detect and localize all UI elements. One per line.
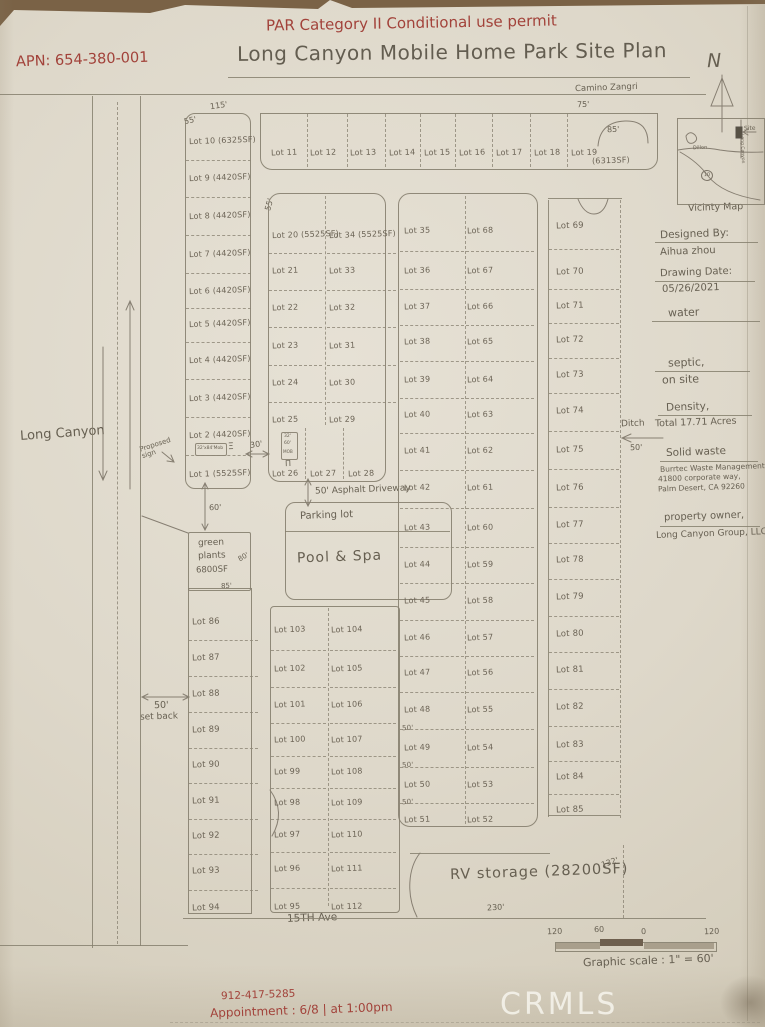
lot-label: Lot 100 (274, 734, 306, 744)
path (99, 347, 107, 480)
lot-label: Lot 65 (467, 337, 494, 347)
lot-separator (549, 289, 619, 290)
lot-label: Lot 41 (404, 446, 431, 456)
lot-label: Lot 81 (556, 665, 584, 676)
lot-label: Lot 76 (556, 483, 584, 494)
lot-separator (466, 508, 534, 509)
lot-label: Lot 54 (467, 743, 494, 753)
lot-separator (400, 656, 464, 657)
lot-label: Lot 59 (467, 560, 494, 570)
plan-line (655, 371, 750, 372)
setback-dim: 50' (154, 700, 169, 712)
dim-230: 230' (487, 903, 505, 913)
scale-bar-segment (600, 939, 643, 946)
lot-label: Lot 104 (331, 624, 363, 634)
scale-bar-segment (556, 943, 600, 949)
lot-separator (549, 761, 619, 762)
lot-separator (466, 692, 534, 693)
path (126, 301, 134, 489)
solid-waste-label: Solid waste (666, 445, 726, 459)
lot-label: Lot 42 (404, 483, 431, 493)
ditch-label: Ditch (621, 419, 645, 430)
lot-label: Lot 27 (310, 469, 337, 479)
lot-label: Lot 103 (274, 624, 306, 634)
graphic-scale-label: Graphic scale : 1" = 60' (583, 952, 714, 970)
lot-label: Lot 28 (348, 469, 375, 479)
lot-separator (466, 656, 534, 657)
lot-label: Lot 35 (404, 226, 431, 236)
lot-label: Lot 109 (331, 797, 363, 807)
lot-separator (271, 788, 326, 789)
lot-label: Lot 87 (192, 653, 220, 664)
lot-label: Lot 53 (467, 780, 494, 790)
path (578, 199, 608, 214)
parking-pool-block (285, 502, 452, 600)
plan-line (0, 945, 188, 946)
lot-label: Lot 101 (274, 699, 306, 709)
lot-label: Lot 63 (467, 410, 494, 420)
plan-line (548, 198, 622, 199)
lot-label: Lot 102 (274, 663, 306, 673)
lot-label: Lot 97 (274, 830, 301, 840)
lot-separator (549, 393, 619, 394)
lot-label: Lot 18 (534, 148, 561, 158)
lot-label: Lot 24 (272, 378, 299, 388)
lot-separator (549, 652, 619, 653)
lot-label: Lot 108 (331, 766, 363, 776)
designed-by-value: Aihua zhou (660, 245, 716, 258)
lot-separator (186, 197, 251, 198)
lot-label: Lot 31 (329, 341, 356, 351)
lot-separator (186, 417, 251, 418)
permit-title: PAR Category II Conditional use permit (266, 11, 557, 34)
septic-note-2: on site (662, 372, 700, 386)
lot-separator (400, 289, 464, 290)
lot-label: Lot 75 (556, 445, 584, 456)
lot-separator (189, 854, 258, 855)
lot-separator (186, 308, 251, 309)
lot-separator (330, 819, 396, 820)
plan-line (410, 853, 550, 854)
lot-separator (269, 365, 322, 366)
lot-label: Lot 105 (331, 663, 363, 673)
lot-label: Lot 80 (556, 629, 584, 640)
lot-label: Lot 12 (310, 148, 337, 158)
page-title: Long Canyon Mobile Home Park Site Plan (237, 38, 667, 66)
lot-separator (186, 160, 251, 161)
rv-storage-label: RV storage (28200SF) (450, 861, 629, 883)
plan-line (655, 242, 758, 243)
lot-separator (271, 852, 326, 853)
lot-separator (189, 712, 258, 713)
plan-line (183, 918, 706, 919)
plan-line (660, 526, 760, 527)
path (142, 516, 188, 533)
lot-label: Lot 45 (404, 596, 431, 606)
lot-separator (549, 431, 619, 432)
lot-label: Lot 11 (271, 148, 298, 158)
lot-separator (330, 687, 396, 688)
lot-label: Lot 14 (389, 148, 416, 158)
lot-separator (466, 547, 534, 548)
lot-label: Lot 13 (350, 148, 377, 158)
lot-label: Lot 26 (272, 469, 299, 479)
path (202, 483, 208, 530)
lot-label: Lot 16 (459, 148, 486, 158)
lot-label: Lot 22 (272, 303, 299, 313)
lot-label: Lot 44 (404, 560, 431, 570)
plan-line (620, 200, 621, 818)
lot-separator (327, 365, 396, 366)
lot-label: Lot 82 (556, 702, 584, 713)
lot-separator (549, 323, 619, 324)
lot-separator (271, 756, 326, 757)
lot-separator (549, 689, 619, 690)
phone-number: 912-417-5285 (221, 988, 296, 1003)
lot-separator (466, 767, 534, 768)
plan-line (228, 77, 690, 78)
site-plan: APN: 654-380-001 PAR Category II Conditi… (0, 0, 765, 1027)
north-label: N (707, 50, 722, 72)
lot-label: Lot 46 (404, 633, 431, 643)
lot-separator (189, 890, 258, 891)
lot-separator (189, 783, 258, 784)
lot-label: Lot 90 (192, 760, 220, 771)
lot-label: Lot 70 (556, 267, 584, 278)
lot-label: Lot 67 (467, 266, 494, 276)
lot-label: Lot 29 (329, 415, 356, 425)
lot-separator (549, 543, 619, 544)
lot-separator (400, 508, 464, 509)
appointment-note: Appointment : 6/8 | at 1:00pm (210, 1000, 393, 1020)
lot-separator (186, 235, 251, 236)
lot-label: Lot 15 (424, 148, 451, 158)
scale-tick-120-left: 120 (547, 927, 563, 937)
lot-label: Lot 56 (467, 668, 494, 678)
water-note: water (668, 305, 700, 319)
lot-label: Lot 83 (556, 740, 584, 751)
scale-bar-segment (644, 943, 714, 949)
lot-label: Lot 60 (467, 523, 494, 533)
lot-label: Lot 32 (329, 303, 356, 313)
lot-label: Lot 94 (192, 903, 220, 914)
lot-separator (466, 251, 534, 252)
lot-label: Lot 110 (331, 829, 363, 839)
drawing-date-value: 05/26/2021 (662, 282, 720, 295)
lot-label: Lot 40 (404, 410, 431, 420)
lot-separator (189, 676, 258, 677)
lot-separator (400, 470, 464, 471)
lot-separator (466, 583, 534, 584)
path (711, 78, 733, 106)
lot-label: Lot 96 (274, 864, 301, 874)
scale-tick-120-right: 120 (704, 927, 720, 937)
scale-tick-0: 0 (641, 927, 646, 936)
plan-line (655, 281, 755, 282)
lot-label: Lot 23 (272, 341, 299, 351)
lot-label: Lot 19 (571, 148, 598, 158)
lot-label: Lot 74 (556, 406, 584, 417)
lot-label: Lot 25 (272, 415, 299, 425)
lot-separator (269, 327, 322, 328)
owner-value: Long Canyon Group, LLC (656, 527, 765, 541)
lot-label: Lot 88 (192, 689, 220, 700)
lot-label: Lot 89 (192, 725, 220, 736)
lot-separator (186, 342, 251, 343)
lot-separator (327, 327, 396, 328)
lot-label: Lot 50 (404, 780, 431, 790)
lot-separator (549, 579, 619, 580)
lot-separator (400, 361, 464, 362)
lot-label: Lot 71 (556, 301, 584, 312)
lot-label: Lot 98 (274, 798, 301, 808)
lot-separator (400, 325, 464, 326)
lot-separator (400, 620, 464, 621)
lot-separator (271, 650, 326, 651)
lot-label: Lot 58 (467, 596, 494, 606)
lot-separator (549, 726, 619, 727)
lot-label: Lot 85 (556, 805, 584, 816)
lot-label: Lot 78 (556, 555, 584, 566)
lot-separator (466, 470, 534, 471)
plan-line (117, 102, 118, 944)
plan-line (623, 845, 624, 918)
septic-note-1: septic, (668, 355, 705, 369)
path (622, 434, 663, 442)
lot-separator (271, 819, 326, 820)
lot-separator (400, 692, 464, 693)
scale-tick-60: 60 (594, 925, 604, 934)
lot-label: Lot 43 (404, 523, 431, 533)
green-plants-box (188, 532, 251, 591)
dim-30: 30' (249, 439, 263, 450)
path (162, 452, 174, 462)
lot-separator (186, 379, 251, 380)
top-row-block (260, 113, 658, 170)
lot-label: Lot 55 (467, 705, 494, 715)
lot-separator (330, 756, 396, 757)
lot-label: Lot 79 (556, 592, 584, 603)
lot-label: Lot 68 (467, 226, 494, 236)
lot-separator (186, 455, 251, 456)
lot-separator (327, 290, 396, 291)
plan-line (658, 415, 752, 416)
setback-label: set back (140, 711, 178, 722)
lot-label: Lot 112 (331, 901, 363, 911)
designed-by-label: Designed By: (660, 227, 729, 241)
lot-separator (549, 249, 619, 250)
street-camino-zangri: Camino Zangri (575, 82, 638, 94)
lot-separator (466, 398, 534, 399)
plan-line (660, 461, 758, 462)
lot-label: Lot 36 (404, 266, 431, 276)
lot-separator (466, 620, 534, 621)
lot-label: Lot 21 (272, 266, 299, 276)
lot-separator (189, 640, 258, 641)
lot-label: Lot 47 (404, 668, 431, 678)
lot-separator (400, 547, 464, 548)
lot-label: Lot 111 (331, 863, 363, 873)
lot-separator (327, 253, 396, 254)
lot-label: Lot 39 (404, 375, 431, 385)
lot-label: Lot 73 (556, 370, 584, 381)
lot-label: Lot 64 (467, 375, 494, 385)
mobile-home-box-2 (281, 432, 298, 460)
plan-line (548, 200, 549, 817)
lot-label: Lot 72 (556, 335, 584, 346)
lot-label: Lot 99 (274, 767, 301, 777)
lot-label: Lot 106 (331, 699, 363, 709)
lot-separator (549, 358, 619, 359)
plan-line (170, 1022, 760, 1023)
lot-label: 50' (402, 798, 414, 806)
lower-left-block (188, 588, 252, 914)
lot-label: 50' (402, 761, 414, 769)
lot-label: Lot 95 (274, 902, 301, 912)
lot-label: Lot 17 (496, 148, 523, 158)
lot-separator (269, 253, 322, 254)
lot-separator (400, 251, 464, 252)
vicinity-map-box (677, 118, 765, 205)
lot-separator (466, 433, 534, 434)
lot-separator (466, 289, 534, 290)
owner-label: property owner, (664, 510, 744, 524)
drawing-date-label: Drawing Date: (660, 266, 732, 280)
lot-separator (330, 723, 396, 724)
lot-label: Lot 91 (192, 796, 220, 807)
path (410, 853, 420, 917)
ditch-dim: 50' (630, 443, 643, 452)
plan-line (140, 96, 141, 946)
lot-separator (330, 852, 396, 853)
dim-75: 75' (577, 100, 590, 109)
lot-label: Lot 30 (329, 378, 356, 388)
lot-separator (466, 803, 534, 804)
lot-separator (269, 402, 322, 403)
lot-label: Lot 61 (467, 483, 494, 493)
apn-label: APN: 654-380-001 (16, 50, 149, 71)
lot-separator (549, 794, 619, 795)
lot-label: Lot 51 (404, 815, 431, 825)
lot-separator (400, 398, 464, 399)
lot-separator (549, 616, 619, 617)
lot-label: Lot 48 (404, 705, 431, 715)
lot-label: Lot 57 (467, 633, 494, 643)
lot-label: Lot 92 (192, 831, 220, 842)
lot-label: Lot 86 (192, 617, 220, 628)
lot-label: Lot 66 (467, 302, 494, 312)
lot-separator (186, 273, 251, 274)
lot-label: Lot 37 (404, 302, 431, 312)
lot-separator (189, 819, 258, 820)
solid-waste-line-3: Palm Desert, CA 92260 (658, 481, 745, 493)
lot-label: Lot 49 (404, 743, 431, 753)
lot-label: Lot 38 (404, 337, 431, 347)
lot-separator (271, 888, 326, 889)
lot-label: Lot 69 (556, 221, 584, 232)
dim-115: 115' (209, 100, 228, 111)
lot-separator (549, 507, 619, 508)
lot-separator (189, 748, 258, 749)
plan-line (92, 96, 93, 948)
lot-label: Lot 52 (467, 815, 494, 825)
lot-separator (466, 325, 534, 326)
lot-separator (400, 433, 464, 434)
lot-separator (549, 469, 619, 470)
lot-label: 50' (402, 724, 414, 732)
density-value: Total 17.71 Acres (655, 416, 737, 430)
lot-label: Lot 77 (556, 520, 584, 531)
lot-separator (466, 729, 534, 730)
lot-label: Lot 93 (192, 866, 220, 877)
lot-separator (330, 888, 396, 889)
lot-separator (330, 788, 396, 789)
lot-label: Lot 62 (467, 446, 494, 456)
dim-60: 60' (209, 503, 222, 512)
lot-separator (400, 583, 464, 584)
lot-label: Lot 107 (331, 734, 363, 744)
lot-separator (327, 402, 396, 403)
lot-separator (271, 723, 326, 724)
lot-label: Lot 84 (556, 772, 584, 783)
lot-separator (269, 290, 322, 291)
plan-line (0, 94, 706, 95)
density-label: Density, (666, 400, 710, 414)
lot-separator (330, 650, 396, 651)
plan-line (652, 321, 760, 322)
lot-separator (466, 361, 534, 362)
crmls-watermark: CRMLS (500, 987, 618, 1022)
proposed-sign-label: Proposed sign (139, 434, 183, 460)
lot-label: Lot 33 (329, 266, 356, 276)
driveway-label: 50' Asphalt Driveway (315, 483, 411, 496)
lot-separator (271, 687, 326, 688)
